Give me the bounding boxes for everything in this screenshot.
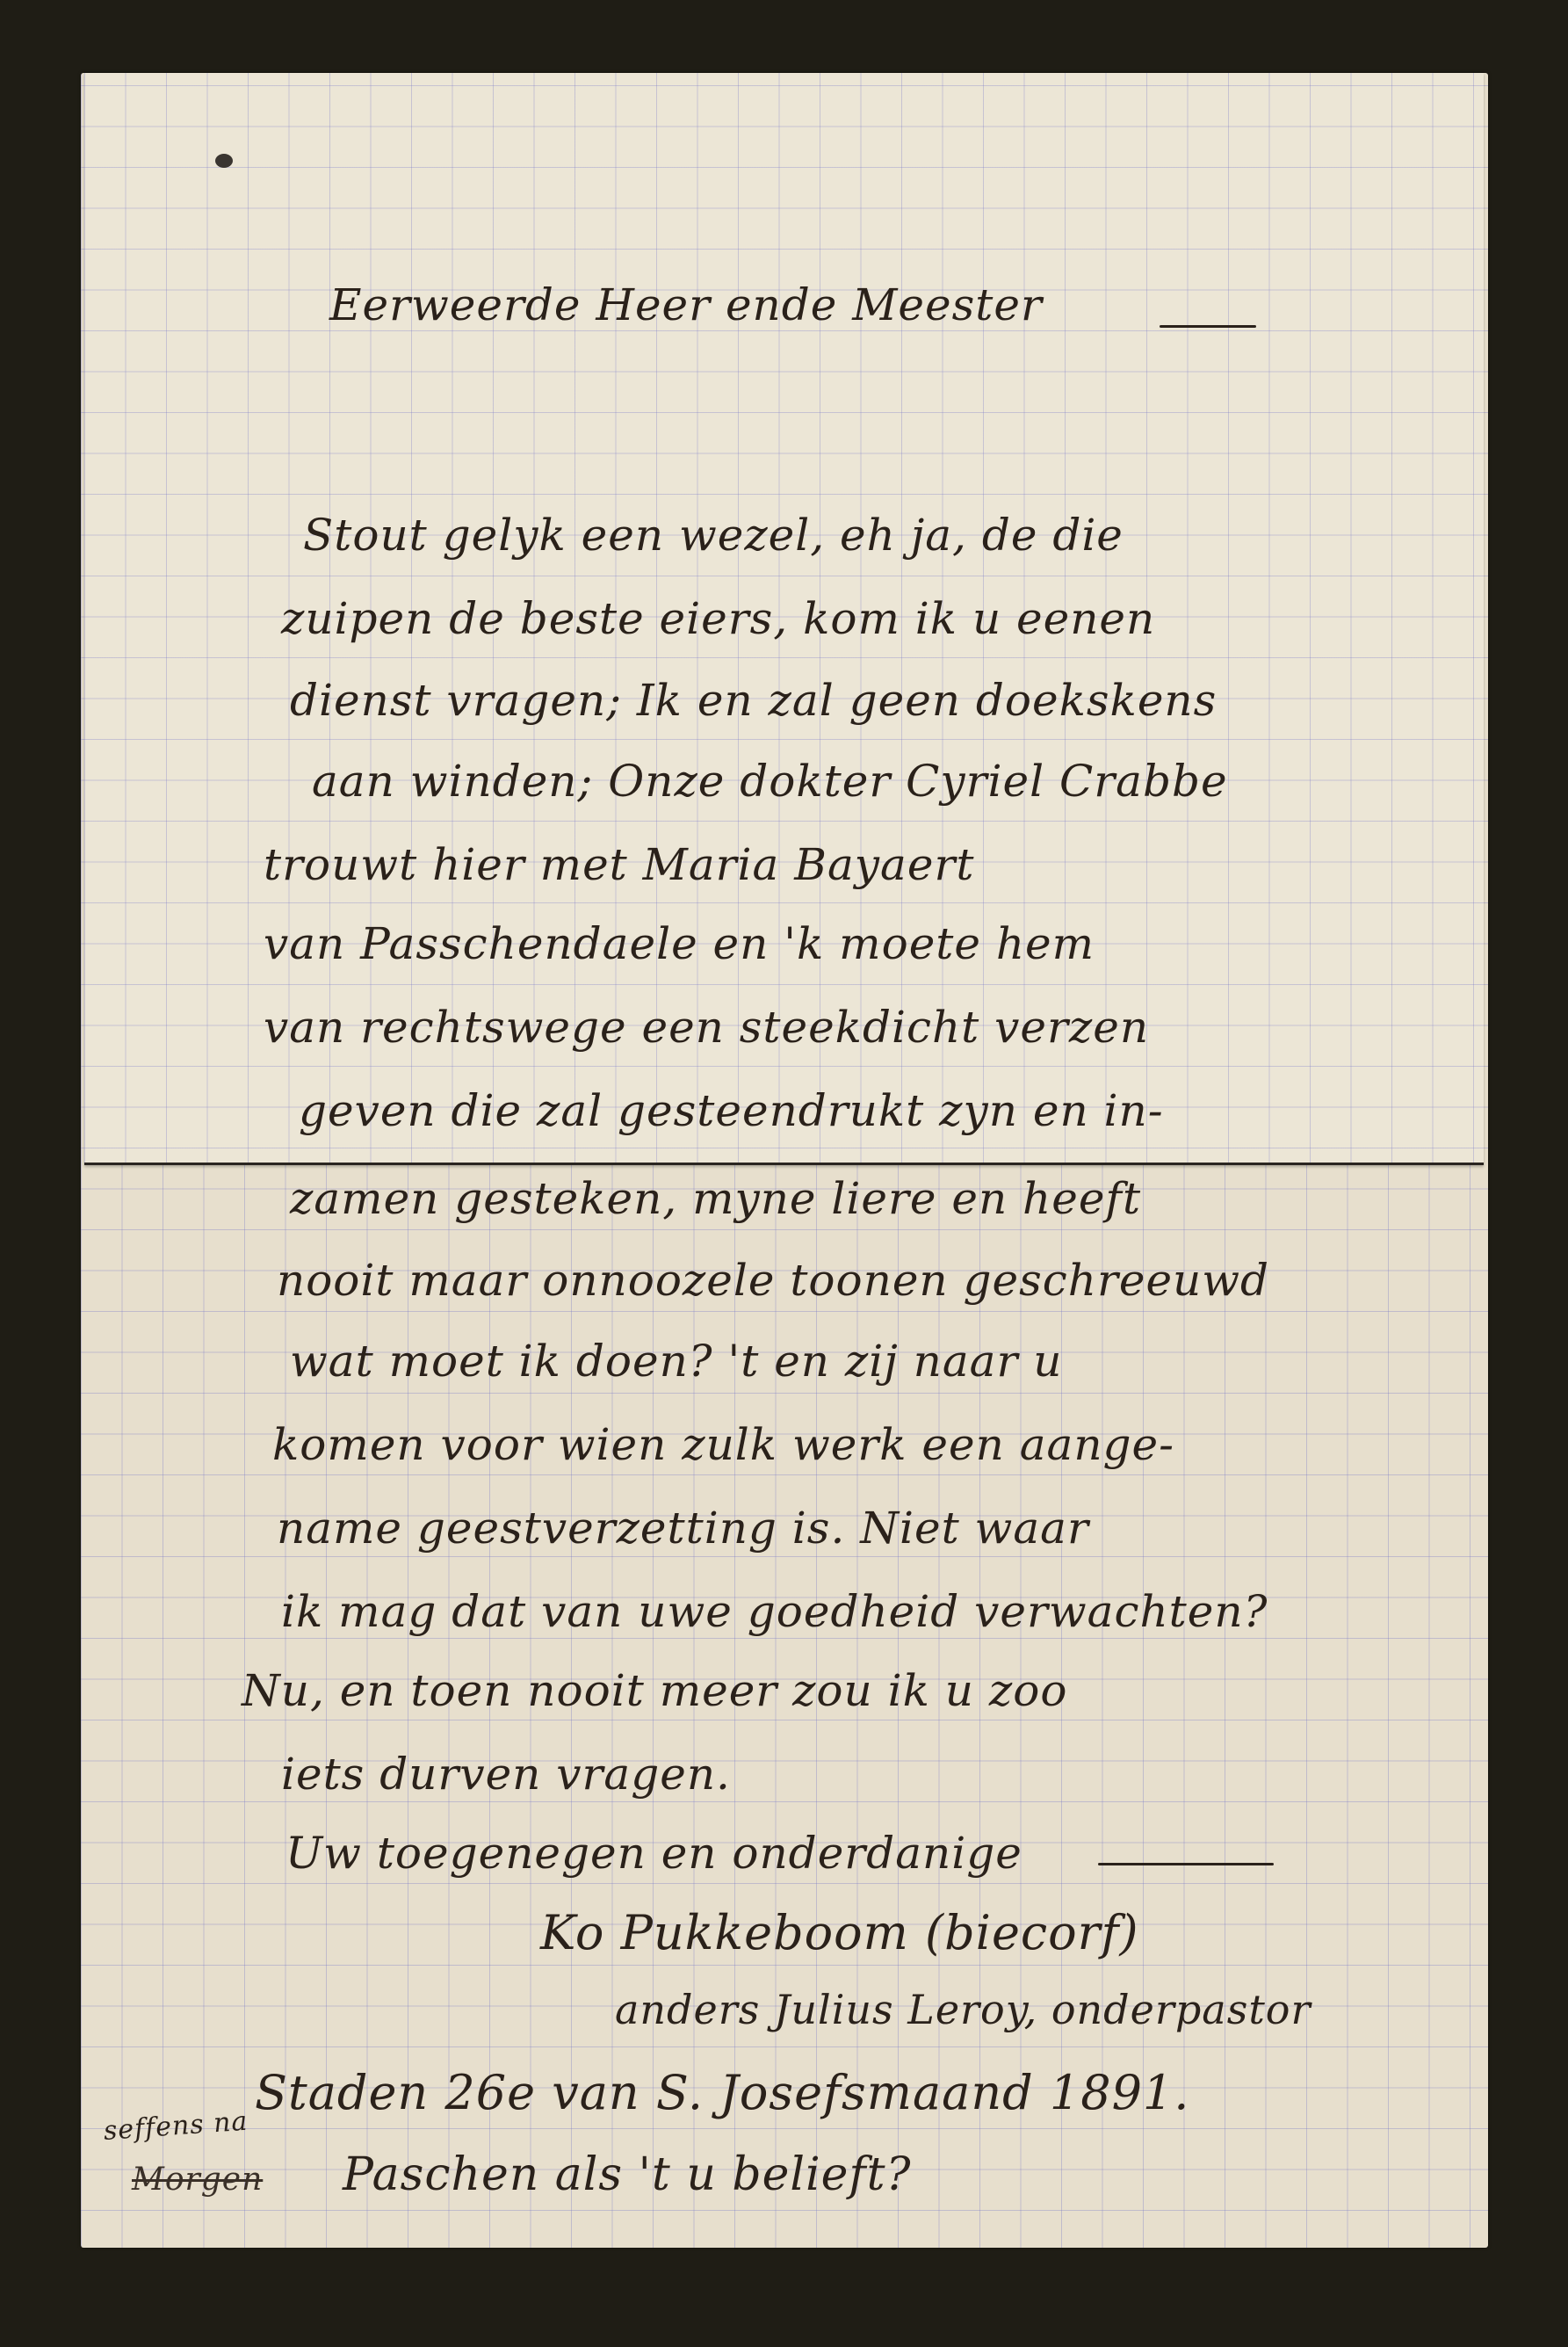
body-line: Stout gelyk een wezel, eh ja, de die xyxy=(303,510,1124,561)
closing: Uw toegenegen en onderdanige xyxy=(285,1828,1022,1879)
closing-flourish xyxy=(1098,1863,1274,1865)
body-line: trouwt hier met Maria Bayaert xyxy=(264,839,974,890)
body-line: dienst vragen; Ik en zal geen doekskens xyxy=(290,675,1217,726)
body-line: nooit maar onnoozele toonen geschreeuwd xyxy=(277,1255,1269,1306)
flourish-stroke xyxy=(1160,325,1256,328)
postscript: Paschen als 't u belieft? xyxy=(343,2148,911,2201)
body-line: geven die zal gesteendrukt zyn en in- xyxy=(299,1085,1164,1136)
signature: Ko Pukkeboom (biecorf) xyxy=(540,1905,1139,1960)
salutation: Eerweerde Heer ende Meester xyxy=(329,279,1043,330)
body-line: ik mag dat van uwe goedheid verwachten? xyxy=(281,1586,1268,1637)
body-line: name geestverzetting is. Niet waar xyxy=(277,1503,1089,1554)
body-line: wat moet ik doen? 't en zij naar u xyxy=(290,1336,1062,1387)
body-line: iets durven vragen. xyxy=(281,1749,731,1800)
body-line: Nu, en toen nooit meer zou ik u zoo xyxy=(242,1665,1067,1716)
body-line: zamen gesteken, myne liere en heeft xyxy=(290,1173,1141,1224)
signature-alias: anders Julius Leroy, onderpastor xyxy=(615,1986,1311,2033)
body-line: van rechtswege een steekdicht verzen xyxy=(264,1002,1149,1053)
place-date: Staden 26e van S. Josefsmaand 1891. xyxy=(255,2065,1189,2120)
body-line: zuipen de beste eiers, kom ik u eenen xyxy=(281,593,1155,644)
body-line: aan winden; Onze dokter Cyriel Crabbe xyxy=(312,756,1228,807)
ink-blot xyxy=(215,154,233,168)
postscript-struck-word: Morgen xyxy=(132,2162,263,2198)
body-line: van Passchendaele en 'k moete hem xyxy=(264,918,1095,969)
body-line: komen voor wien zulk werk een aange- xyxy=(272,1419,1174,1470)
